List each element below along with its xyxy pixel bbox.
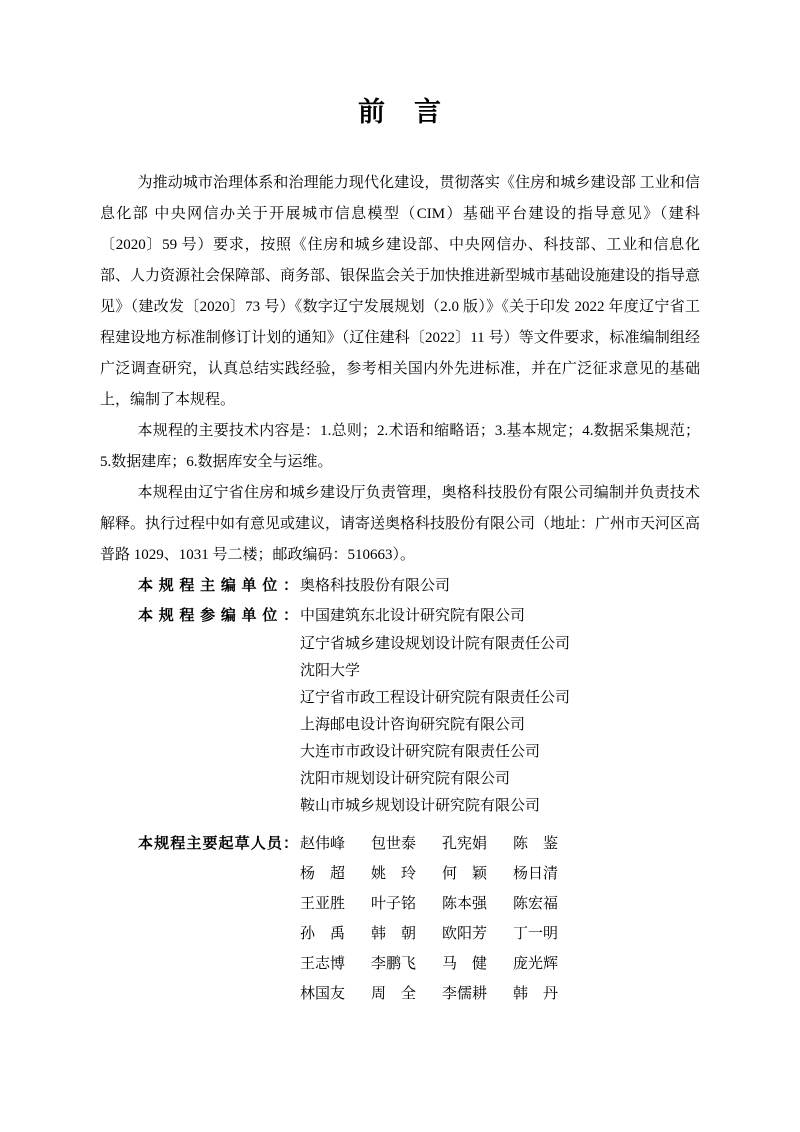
- co-editor-unit: 辽宁省市政工程设计研究院有限责任公司: [300, 685, 700, 712]
- drafter-name: 韩 朝: [371, 919, 418, 949]
- document-page: 前 言 为推动城市治理体系和治理能力现代化建设，贯彻落实《住房和城乡建设部 工业…: [0, 0, 800, 1132]
- drafter-name: 马 健: [442, 949, 489, 979]
- drafter-name: 姚 玲: [371, 859, 418, 889]
- drafter-name: 周 全: [371, 979, 418, 1009]
- co-editor-unit: 沈阳市规划设计研究院有限公司: [300, 766, 700, 793]
- co-editors-row: 本规程参编单位： 中国建筑东北设计研究院有限公司: [138, 601, 700, 631]
- drafter-name: 庞光辉: [513, 949, 560, 979]
- co-editors-list: 辽宁省城乡建设规划设计院有限责任公司 沈阳大学 辽宁省市政工程设计研究院有限责任…: [300, 631, 700, 820]
- paragraph-contents: 本规程的主要技术内容是：1.总则；2.术语和缩略语；3.基本规定；4.数据采集规…: [100, 416, 700, 478]
- paragraph-management: 本规程由辽宁省住房和城乡建设厅负责管理，奥格科技股份有限公司编制并负责技术解释。…: [100, 478, 700, 571]
- editors-section: 本规程主编单位： 奥格科技股份有限公司 本规程参编单位： 中国建筑东北设计研究院…: [100, 571, 700, 820]
- drafter-name: 陈 鉴: [513, 829, 560, 859]
- chief-editor-row: 本规程主编单位： 奥格科技股份有限公司: [138, 571, 700, 601]
- co-editors-label: 本规程参编单位：: [138, 601, 298, 631]
- drafter-name: 孔宪娟: [442, 829, 489, 859]
- chief-editor-value: 奥格科技股份有限公司: [300, 571, 450, 601]
- drafter-name: 王亚胜: [300, 889, 347, 919]
- drafter-name: 杨 超: [300, 859, 347, 889]
- drafters-label: 本规程主要起草人员：: [138, 829, 298, 859]
- drafters-row: 杨 超 姚 玲 何 颖 杨日清: [300, 859, 584, 889]
- co-editor-unit: 鞍山市城乡规划设计研究院有限公司: [300, 793, 700, 820]
- co-editor-unit: 上海邮电设计咨询研究院有限公司: [300, 712, 700, 739]
- co-editor-unit: 中国建筑东北设计研究院有限公司: [300, 601, 525, 631]
- drafters-names: 赵伟峰 包世泰 孔宪娟 陈 鉴 杨 超 姚 玲 何 颖 杨日清 王亚胜 叶子铭 …: [300, 829, 584, 1009]
- chief-editor-label: 本规程主编单位：: [138, 571, 298, 601]
- drafter-name: 陈宏福: [513, 889, 560, 919]
- drafter-name: 王志博: [300, 949, 347, 979]
- paragraph-background: 为推动城市治理体系和治理能力现代化建设，贯彻落实《住房和城乡建设部 工业和信息化…: [100, 168, 700, 416]
- drafter-name: 韩 丹: [513, 979, 560, 1009]
- co-editor-unit: 辽宁省城乡建设规划设计院有限责任公司: [300, 631, 700, 658]
- drafter-name: 孙 禹: [300, 919, 347, 949]
- drafters-row: 林国友 周 全 李儒耕 韩 丹: [300, 979, 584, 1009]
- drafter-name: 李鹏飞: [371, 949, 418, 979]
- drafter-name: 李儒耕: [442, 979, 489, 1009]
- drafter-name: 包世泰: [371, 829, 418, 859]
- page-content: 前 言 为推动城市治理体系和治理能力现代化建设，贯彻落实《住房和城乡建设部 工业…: [100, 0, 700, 1009]
- drafters-section: 本规程主要起草人员： 赵伟峰 包世泰 孔宪娟 陈 鉴 杨 超 姚 玲 何 颖 杨…: [138, 829, 700, 1009]
- drafter-name: 何 颖: [442, 859, 489, 889]
- drafter-name: 林国友: [300, 979, 347, 1009]
- drafter-name: 丁一明: [513, 919, 560, 949]
- drafters-row: 王志博 李鹏飞 马 健 庞光辉: [300, 949, 584, 979]
- co-editor-unit: 大连市市政设计研究院有限责任公司: [300, 739, 700, 766]
- drafter-name: 赵伟峰: [300, 829, 347, 859]
- drafter-name: 欧阳芳: [442, 919, 489, 949]
- drafter-name: 陈本强: [442, 889, 489, 919]
- page-title: 前 言: [100, 93, 700, 131]
- preface-body: 为推动城市治理体系和治理能力现代化建设，贯彻落实《住房和城乡建设部 工业和信息化…: [100, 168, 700, 571]
- drafter-name: 叶子铭: [371, 889, 418, 919]
- co-editor-unit: 沈阳大学: [300, 658, 700, 685]
- drafters-row: 王亚胜 叶子铭 陈本强 陈宏福: [300, 889, 584, 919]
- drafter-name: 杨日清: [513, 859, 560, 889]
- drafters-row: 孙 禹 韩 朝 欧阳芳 丁一明: [300, 919, 584, 949]
- drafters-row: 赵伟峰 包世泰 孔宪娟 陈 鉴: [300, 829, 584, 859]
